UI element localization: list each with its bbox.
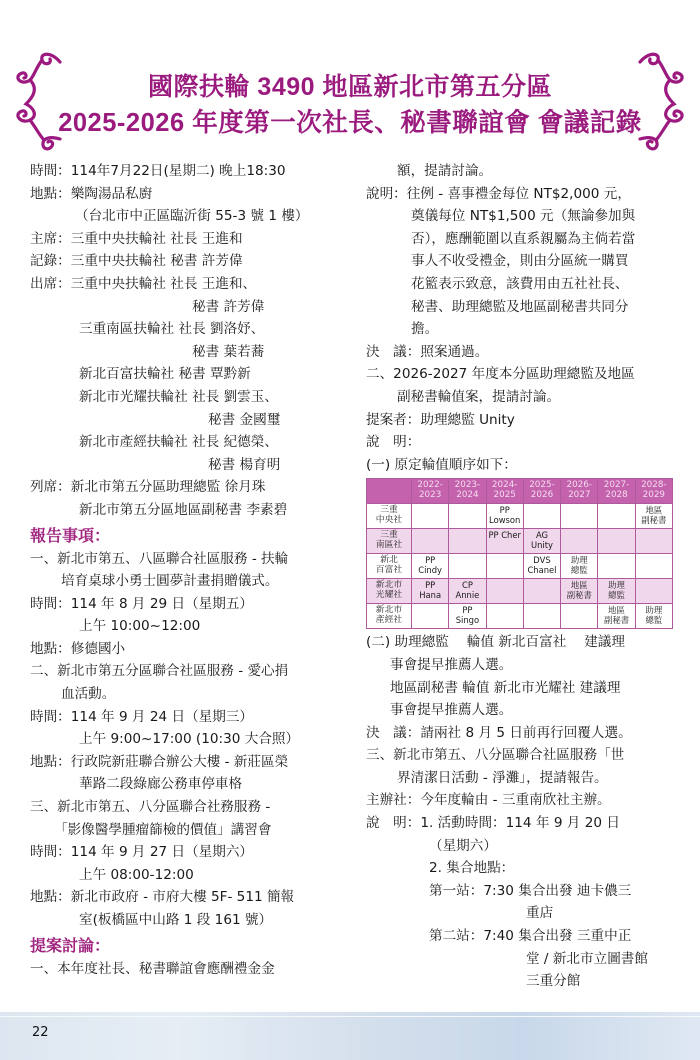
rotation-cell: PPHana <box>412 579 449 604</box>
proposal-item: 一、本年度社長、秘書聯誼會應酬禮金金 <box>30 958 350 981</box>
rotation-caption: (一) 原定輪值順序如下： <box>366 454 686 477</box>
rotation-cell <box>523 504 560 529</box>
rotation-cell <box>523 604 560 629</box>
club-name-cell: 三重中央社 <box>367 504 412 529</box>
recommendation-text: 事會提早推薦人選。 <box>366 699 686 722</box>
table-row: 新北市產經社PPSingo地區副秘書助理總監 <box>367 604 673 629</box>
rotation-cell: AGUnity <box>523 529 560 554</box>
proposal-text: 三、新北市第五、八分區聯合社區服務「世 <box>366 744 686 767</box>
rotation-cell <box>449 529 486 554</box>
proposer-text: 提案者：助理總監 Unity <box>366 409 686 432</box>
attendee-line: 秘書 楊育明 <box>30 454 350 477</box>
explanation-text: 第一站：7:30 集合出發 迪卡儂三 <box>366 880 686 903</box>
proposal-section-heading: 提案討論： <box>30 932 350 958</box>
meeting-location: 地點：樂陶湯品私廚 <box>30 183 350 206</box>
rotation-cell <box>486 554 523 579</box>
explanation-text: 第二站：7:40 集合出發 三重中正 <box>366 925 686 948</box>
report-item: 上午 9:00~17:00 (10:30 大合照） <box>30 728 350 751</box>
report-item: 上午 10:00~12:00 <box>30 615 350 638</box>
report-item: 三、新北市第五、八分區聯合社務服務 - <box>30 796 350 819</box>
report-item: 地點：行政院新莊聯合辦公大樓 - 新莊區榮 <box>30 751 350 774</box>
rotation-cell: CPAnnie <box>449 579 486 604</box>
table-header-cell: 2023-2024 <box>449 479 486 504</box>
club-name-cell: 新北市光耀社 <box>367 579 412 604</box>
rotation-cell: 助理總監 <box>561 554 598 579</box>
report-item: 地點：修德國小 <box>30 638 350 661</box>
proposal-text: 說明：往例 - 喜事禮金每位 NT$2,000 元， <box>366 183 686 206</box>
footer-divider <box>0 1016 700 1017</box>
report-item: 華路二段綠廊公務車停車格 <box>30 773 350 796</box>
report-item: 上午 08:00-12:00 <box>30 864 350 887</box>
rotation-cell <box>635 529 672 554</box>
table-body: 三重中央社PPLowson地區副秘書三重南區社PP CherAGUnity新北百… <box>367 504 673 629</box>
attendee-line: 秘書 葉若蕎 <box>30 341 350 364</box>
page-number: 22 <box>32 1025 49 1040</box>
rotation-cell <box>598 504 635 529</box>
table-row: 三重中央社PPLowson地區副秘書 <box>367 504 673 529</box>
explanation-text: 說 明：1. 活動時間：114 年 9 月 20 日 <box>366 812 686 835</box>
document-title-line-2: 2025-2026 年度第一次社長、秘書聯誼會 會議記錄 <box>0 103 700 139</box>
recommendation-text: 事會提早推薦人選。 <box>366 654 686 677</box>
meeting-chair: 主席：三重中央扶輪社 社長 王進和 <box>30 228 350 251</box>
rotation-table: 2022-2023 2023-2024 2024-2025 2025-2026 … <box>366 478 673 629</box>
report-item: 時間：114 年 9 月 27 日（星期六） <box>30 841 350 864</box>
table-header-cell: 2026-2027 <box>561 479 598 504</box>
resolution-text: 決 議：照案通過。 <box>366 341 686 364</box>
rotation-cell <box>561 504 598 529</box>
attendee-line: 三重南區扶輪社 社長 劉洛妤、 <box>30 318 350 341</box>
rotation-cell: DVSChanel <box>523 554 560 579</box>
rotation-cell <box>412 604 449 629</box>
left-column: 時間：114年7月22日(星期二) 晚上18:30 地點：樂陶湯品私廚 （台北市… <box>30 160 350 980</box>
rotation-cell <box>412 529 449 554</box>
rotation-table-wrapper: 2022-2023 2023-2024 2024-2025 2025-2026 … <box>366 478 686 629</box>
attendee-line: 新北百富扶輪社 秘書 覃黔新 <box>30 363 350 386</box>
explanation-text: 2. 集合地點： <box>366 857 686 880</box>
proposal-text: 事人不收受禮金，則由分區統一購買 <box>366 250 686 273</box>
recommendation-text: (二) 助理總監 輪值 新北百富社 建議理 <box>366 631 686 654</box>
explanation-label: 說 明： <box>366 431 686 454</box>
table-header-cell <box>367 479 412 504</box>
table-header-row: 2022-2023 2023-2024 2024-2025 2025-2026 … <box>367 479 673 504</box>
report-item: 「影像醫學腫瘤篩檢的價值」講習會 <box>30 819 350 842</box>
attendee-line: 新北市產經扶輪社 社長 紀德榮、 <box>30 431 350 454</box>
club-name-cell: 新北百富社 <box>367 554 412 579</box>
rotation-cell <box>635 554 672 579</box>
report-item: 二、新北市第五分區聯合社區服務 - 愛心捐 <box>30 660 350 683</box>
rotation-cell: 地區副秘書 <box>598 604 635 629</box>
proposal-text: 奠儀每位 NT$1,500 元（無論參加與 <box>366 205 686 228</box>
report-section-heading: 報告事項： <box>30 522 350 548</box>
report-item: 一、新北市第五、八區聯合社區服務 - 扶輪 <box>30 548 350 571</box>
rotation-cell <box>561 604 598 629</box>
club-name-cell: 三重南區社 <box>367 529 412 554</box>
table-row: 新北百富社PPCindyDVSChanel助理總監 <box>367 554 673 579</box>
meeting-time: 時間：114年7月22日(星期二) 晚上18:30 <box>30 160 350 183</box>
club-name-cell: 新北市產經社 <box>367 604 412 629</box>
explanation-text: 重店 <box>366 902 686 925</box>
rotation-cell <box>598 529 635 554</box>
attendee-line: 秘書 許芳偉 <box>30 296 350 319</box>
rotation-cell: PPLowson <box>486 504 523 529</box>
proposal-text: 擔。 <box>366 318 686 341</box>
attendee-line: 出席：三重中央扶輪社 社長 王進和、 <box>30 273 350 296</box>
observer-line: 新北市第五分區地區副秘書 李素碧 <box>30 499 350 522</box>
report-item: 時間：114 年 9 月 24 日（星期三） <box>30 706 350 729</box>
proposal-text: 額，提請討論。 <box>366 160 686 183</box>
table-header-cell: 2024-2025 <box>486 479 523 504</box>
document-title-line-1: 國際扶輪 3490 地區新北市第五分區 <box>0 67 700 103</box>
rotation-cell <box>635 579 672 604</box>
rotation-cell <box>449 554 486 579</box>
explanation-text: 堂 / 新北市立圖書館 <box>366 948 686 971</box>
proposal-text: 花籃表示致意，該費用由五社社長、 <box>366 273 686 296</box>
attendee-line: 秘書 金國璽 <box>30 409 350 432</box>
table-row: 新北市光耀社PPHanaCPAnnie地區副秘書助理總監 <box>367 579 673 604</box>
report-item: 地點：新北市政府 - 市府大樓 5F- 511 簡報 <box>30 886 350 909</box>
proposal-text: 副秘書輪值案，提請討論。 <box>366 386 686 409</box>
rotation-cell <box>523 579 560 604</box>
recommendation-text: 地區副秘書 輪值 新北市光耀社 建議理 <box>366 677 686 700</box>
explanation-text: （星期六） <box>366 835 686 858</box>
host-club-text: 主辦社：今年度輪由 - 三重南欣社主辦。 <box>366 789 686 812</box>
rotation-cell: PPSingo <box>449 604 486 629</box>
proposal-text: 二、2026-2027 年度本分區助理總監及地區 <box>366 363 686 386</box>
report-item: 室(板橋區中山路 1 段 161 號） <box>30 909 350 932</box>
rotation-cell: 助理總監 <box>598 579 635 604</box>
table-header-cell: 2028-2029 <box>635 479 672 504</box>
rotation-cell <box>486 579 523 604</box>
observer-line: 列席：新北市第五分區助理總監 徐月珠 <box>30 476 350 499</box>
rotation-cell: PPCindy <box>412 554 449 579</box>
rotation-cell: 地區副秘書 <box>635 504 672 529</box>
table-header-cell: 2022-2023 <box>412 479 449 504</box>
rotation-cell <box>561 529 598 554</box>
report-item: 培育桌球小勇士圓夢計畫捐贈儀式。 <box>30 570 350 593</box>
rotation-cell <box>598 554 635 579</box>
rotation-cell <box>449 504 486 529</box>
resolution-text: 決 議：請兩社 8 月 5 日前再行回覆人選。 <box>366 722 686 745</box>
report-item: 血活動。 <box>30 683 350 706</box>
table-row: 三重南區社PP CherAGUnity <box>367 529 673 554</box>
meeting-address: （台北市中正區臨沂街 55-3 號 1 樓） <box>30 205 350 228</box>
attendee-line: 新北市光耀扶輪社 社長 劉雲玉、 <box>30 386 350 409</box>
explanation-text: 三重分館 <box>366 970 686 993</box>
meeting-recorder: 記錄：三重中央扶輪社 秘書 許芳偉 <box>30 250 350 273</box>
proposal-text: 界清潔日活動 - 淨灘」，提請報告。 <box>366 767 686 790</box>
rotation-cell: PP Cher <box>486 529 523 554</box>
rotation-cell: 地區副秘書 <box>561 579 598 604</box>
rotation-cell <box>412 504 449 529</box>
right-column: 額，提請討論。 說明：往例 - 喜事禮金每位 NT$2,000 元， 奠儀每位 … <box>366 160 686 993</box>
page-footer-band <box>0 1012 700 1060</box>
report-item: 時間：114 年 8 月 29 日（星期五） <box>30 593 350 616</box>
table-header-cell: 2025-2026 <box>523 479 560 504</box>
rotation-cell: 助理總監 <box>635 604 672 629</box>
proposal-text: 否），應酬範圍以直系親屬為主倘若當 <box>366 228 686 251</box>
proposal-text: 秘書、助理總監及地區副秘書共同分 <box>366 296 686 319</box>
table-header-cell: 2027-2028 <box>598 479 635 504</box>
rotation-cell <box>486 604 523 629</box>
